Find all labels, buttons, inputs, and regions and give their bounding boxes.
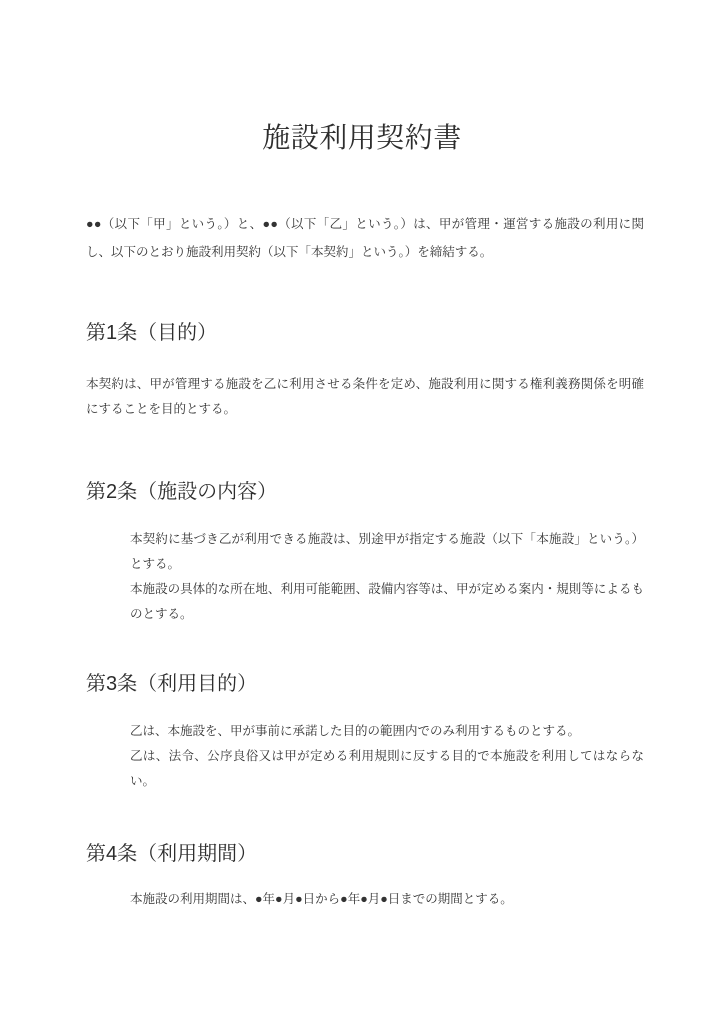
document-title: 施設利用契約書 bbox=[0, 120, 724, 156]
article-3-paragraph-2: 乙は、法令、公序良俗又は甲が定める利用規則に反する目的で本施設を利用してはならな… bbox=[130, 744, 644, 794]
article-1-heading: 第1条（目的） bbox=[86, 318, 217, 348]
article-4-paragraph-1: 本施設の利用期間は、●年●月●日から●年●月●日までの期間とする。 bbox=[130, 887, 644, 912]
article-2-paragraph-1: 本契約に基づき乙が利用できる施設は、別途甲が指定する施設（以下「本施設」という。… bbox=[130, 527, 644, 577]
article-3-paragraph-1: 乙は、本施設を、甲が事前に承諾した目的の範囲内でのみ利用するものとする。 bbox=[130, 719, 644, 744]
article-1-paragraph-1: 本契約は、甲が管理する施設を乙に利用させる条件を定め、施設利用に関する権利義務関… bbox=[86, 372, 644, 422]
article-3-body: 乙は、本施設を、甲が事前に承諾した目的の範囲内でのみ利用するものとする。 乙は、… bbox=[130, 719, 644, 794]
article-2-heading: 第2条（施設の内容） bbox=[86, 477, 277, 507]
article-1-body: 本契約は、甲が管理する施設を乙に利用させる条件を定め、施設利用に関する権利義務関… bbox=[86, 372, 644, 422]
article-3-heading: 第3条（利用目的） bbox=[86, 669, 257, 699]
contract-document-page: 施設利用契約書 ●●（以下「甲」という。）と、●●（以下「乙」という。）は、甲が… bbox=[0, 0, 724, 1024]
preamble-paragraph: ●●（以下「甲」という。）と、●●（以下「乙」という。）は、甲が管理・運営する施… bbox=[86, 210, 644, 266]
article-4-heading: 第4条（利用期間） bbox=[86, 839, 257, 869]
article-2-body: 本契約に基づき乙が利用できる施設は、別途甲が指定する施設（以下「本施設」という。… bbox=[130, 527, 644, 627]
article-4-body: 本施設の利用期間は、●年●月●日から●年●月●日までの期間とする。 bbox=[130, 887, 644, 912]
article-2-paragraph-2: 本施設の具体的な所在地、利用可能範囲、設備内容等は、甲が定める案内・規則等による… bbox=[130, 577, 644, 627]
